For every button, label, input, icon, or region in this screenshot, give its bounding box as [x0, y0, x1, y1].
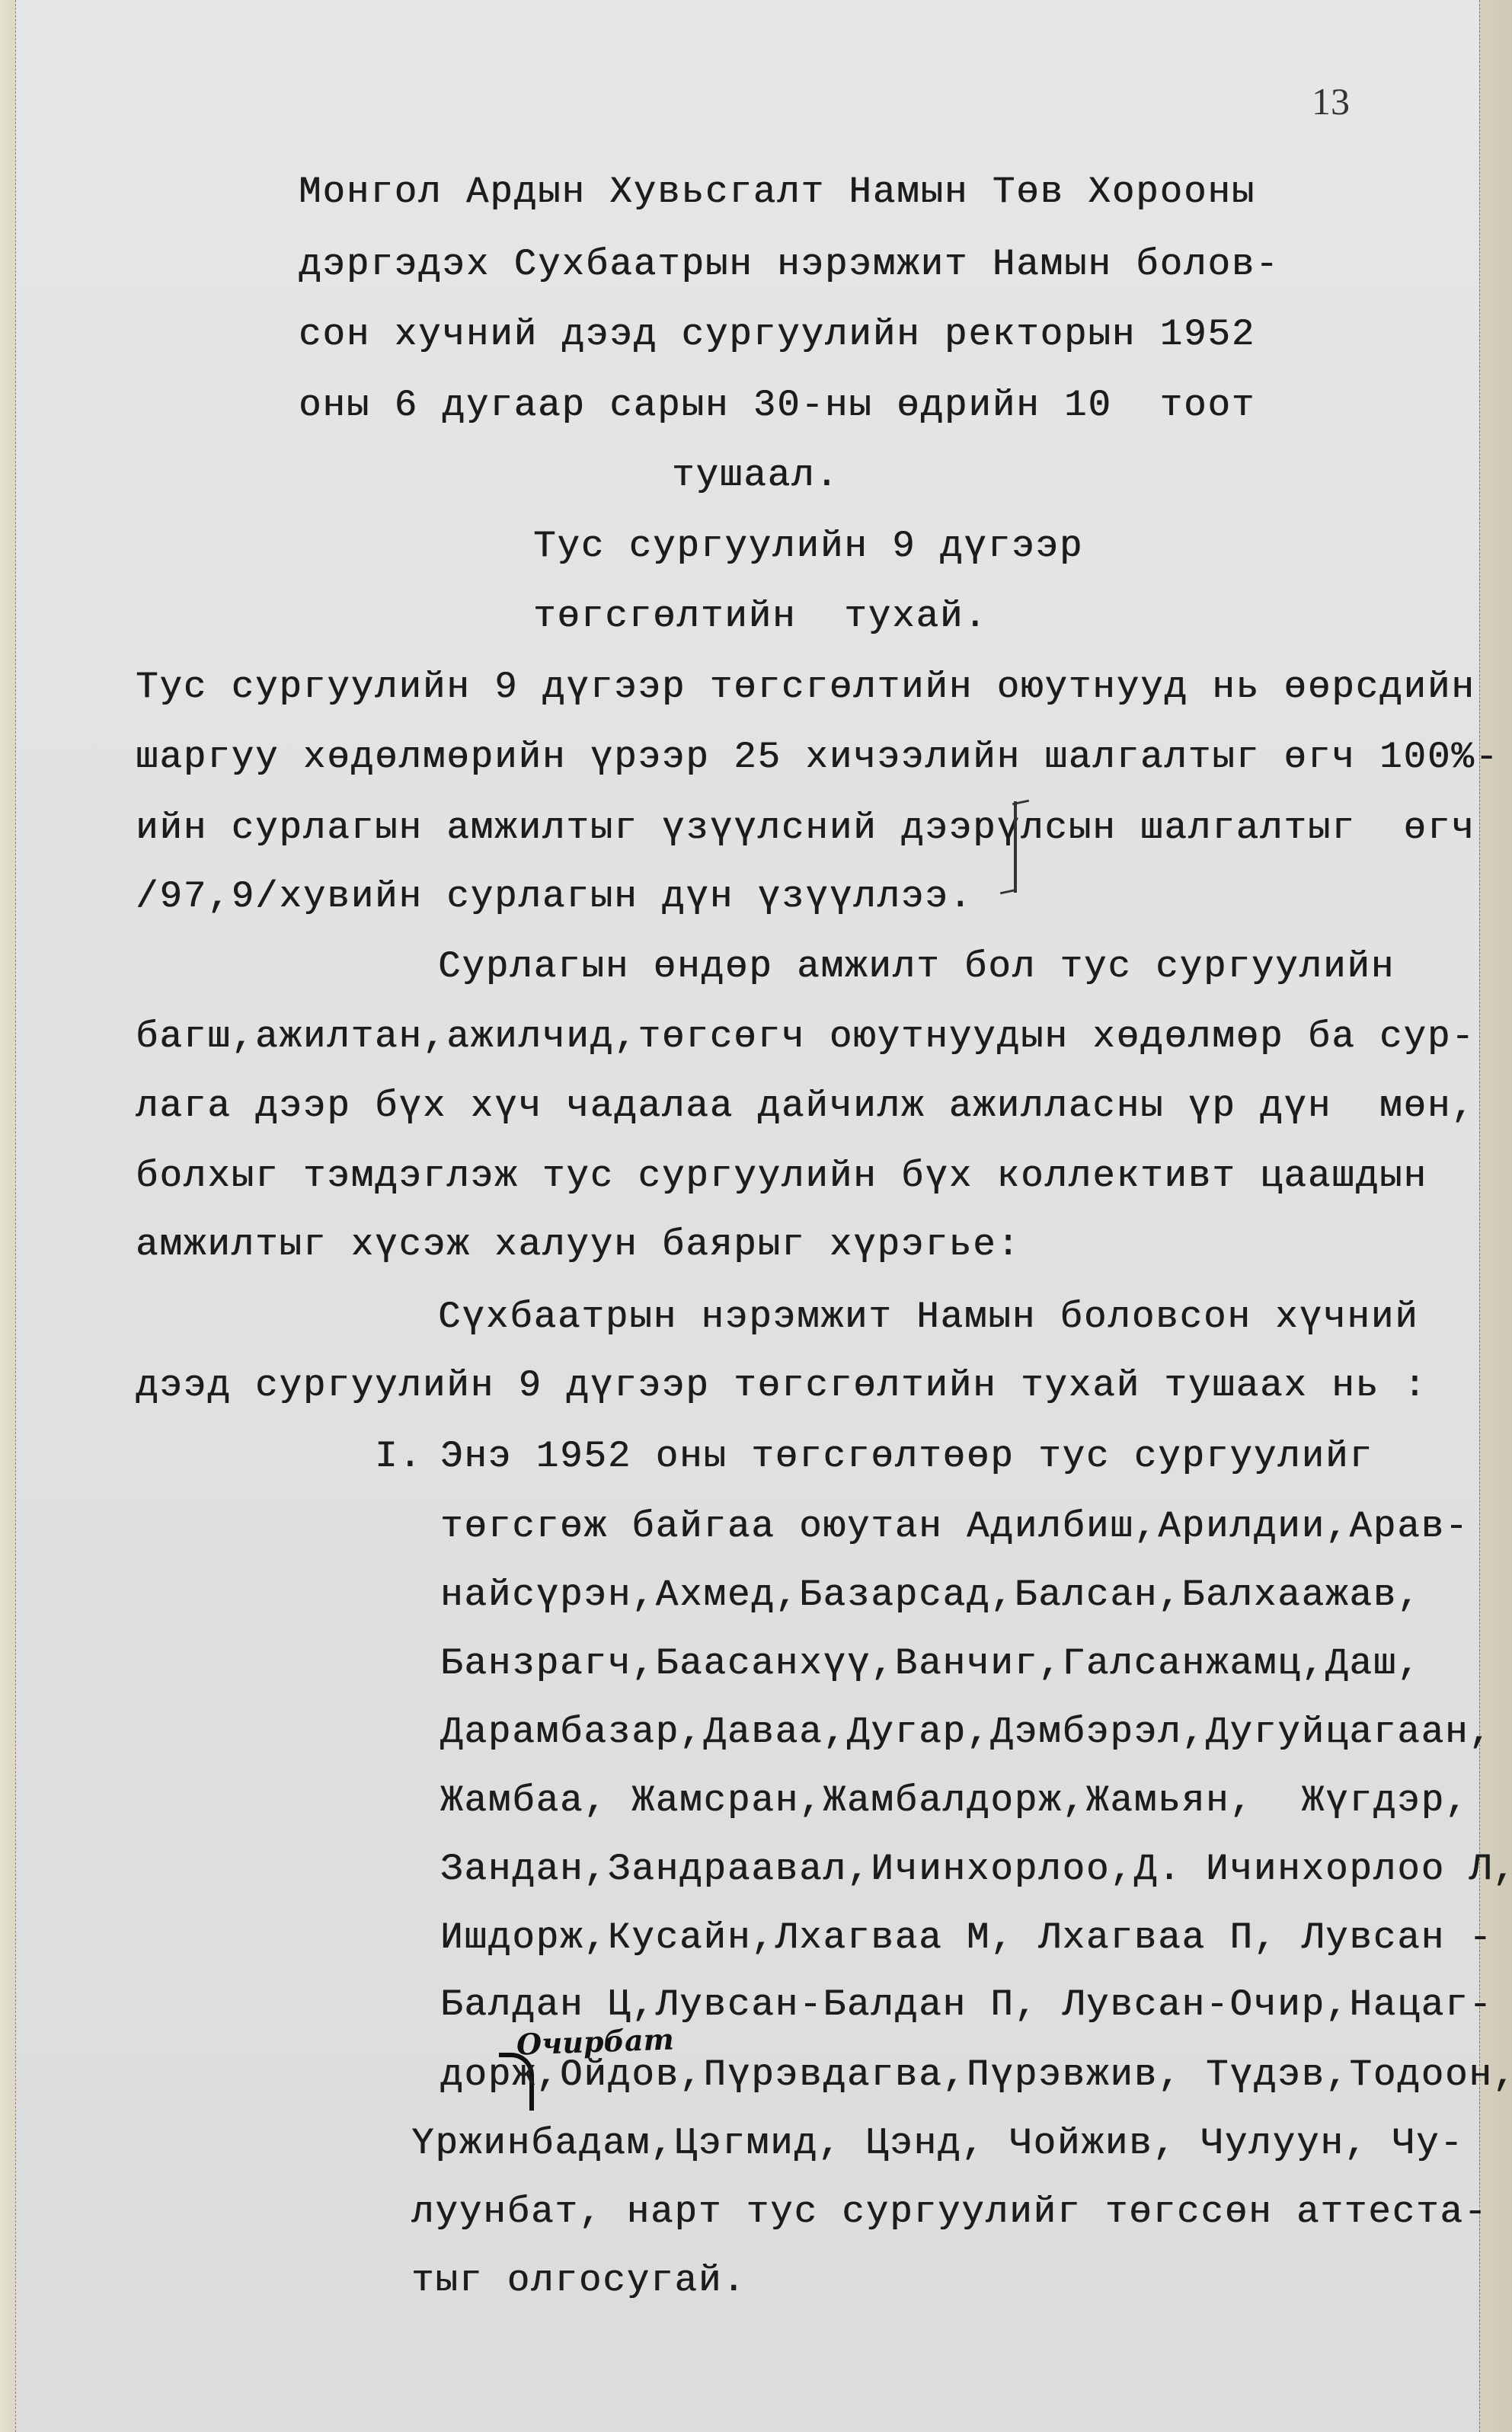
header-line-3: сон хучний дээд сургуулийн ректорын 1952 — [299, 316, 1255, 353]
item-1-line-5: Дарамбазар,Даваа,Дугар,Дэмбэрэл,Дугуйцаг… — [440, 1714, 1493, 1751]
item-1-line-3: найсүрэн,Ахмед,Базарсад,Балсан,Балхаажав… — [440, 1577, 1421, 1614]
header-line-1: Монгол Ардын Хувьсгалт Намын Төв Хорооны — [299, 174, 1255, 211]
paragraph-2-line-3: лага дээр бүх хүч чадалаа дайчилж ажилла… — [136, 1088, 1475, 1125]
item-1-line-13: тыг олгосугай. — [411, 2262, 746, 2299]
item-1-line-9: Балдан Ц,Лувсан-Балдан П, Лувсан-Очир,На… — [440, 1986, 1493, 2024]
paragraph-2-line-5: амжилтыг хүсэж халуун баярыг хүрэгье: — [136, 1226, 1021, 1264]
item-1-line-1: Энэ 1952 оны төгсгөлтөөр тус сургуулийг — [440, 1438, 1373, 1475]
correction-mark — [1014, 801, 1017, 893]
item-1-line-10: дорж,Ойдов,Пүрэвдагва,Пүрэвжив, Түдэв,То… — [440, 2056, 1512, 2094]
item-1-line-12: луунбат, нарт тус сургуулийг төгссөн атт… — [411, 2194, 1488, 2231]
paragraph-2-line-1: Сурлагын өндөр амжилт бол тус сургуулийн — [438, 948, 1395, 986]
scan-left-edge — [0, 0, 16, 2432]
item-1-line-11: Үржинбадам,Цэгмид, Цэнд, Чойжив, Чулуун,… — [411, 2125, 1464, 2162]
header-line-2: дэргэдэх Сухбаатрын нэрэмжит Намын болов… — [299, 246, 1280, 283]
item-1-line-6: Жамбаа, Жамсран,Жамбалдорж,Жамьян, Жүгдэ… — [440, 1782, 1469, 1820]
paragraph-1-line-1: Тус сургуулийн 9 дүгээр төгсгөлтийн оюут… — [136, 669, 1475, 706]
paragraph-1-line-2: шаргуу хөдөлмөрийн үрээр 25 хичээлийн ша… — [136, 739, 1499, 776]
page-number: 13 — [1312, 79, 1350, 123]
subject-line-1: Тус сургуулийн 9 дүгээр — [533, 528, 1083, 565]
item-1-line-7: Зандан,Зандраавал,Ичинхорлоо,Д. Ичинхорл… — [440, 1851, 1512, 1888]
paragraph-1-line-3: ийн сурлагын амжилтыг үзүүлсний дээрүлсы… — [136, 810, 1475, 847]
paragraph-1-line-4: /97,9/хувийн сурлагын дүн үзүүллээ. — [136, 878, 973, 916]
header-line-4: оны 6 дугаар сарын 30-ны өдрийн 10 тоот — [299, 387, 1255, 424]
item-1-line-2: төгсгөж байгаа оюутан Адилбиш,Арилдии,Ар… — [440, 1508, 1469, 1545]
paragraph-3-line-1: Сүхбаатрын нэрэмжит Намын боловсон хүчни… — [438, 1299, 1419, 1336]
paragraph-2-line-2: багш,ажилтан,ажилчид,төгсөгч оюутнуудын … — [136, 1018, 1475, 1056]
subject-line-2: төгсгөлтийн тухай. — [533, 598, 988, 635]
paragraph-3-line-2: дээд сургуулийн 9 дүгээр төгсгөлтийн тух… — [136, 1367, 1427, 1405]
item-1-line-4: Банзрагч,Баасанхүү,Ванчиг,Галсанжамц,Даш… — [440, 1645, 1421, 1683]
paragraph-2-line-4: болхыг тэмдэглэж тус сургуулийн бүх колл… — [136, 1158, 1427, 1195]
item-1-line-8: Ишдорж,Кусайн,Лхагваа М, Лхагваа П, Лувс… — [440, 1919, 1493, 1957]
document-type: тушаал. — [672, 457, 839, 494]
item-1-number: I. — [375, 1438, 423, 1475]
